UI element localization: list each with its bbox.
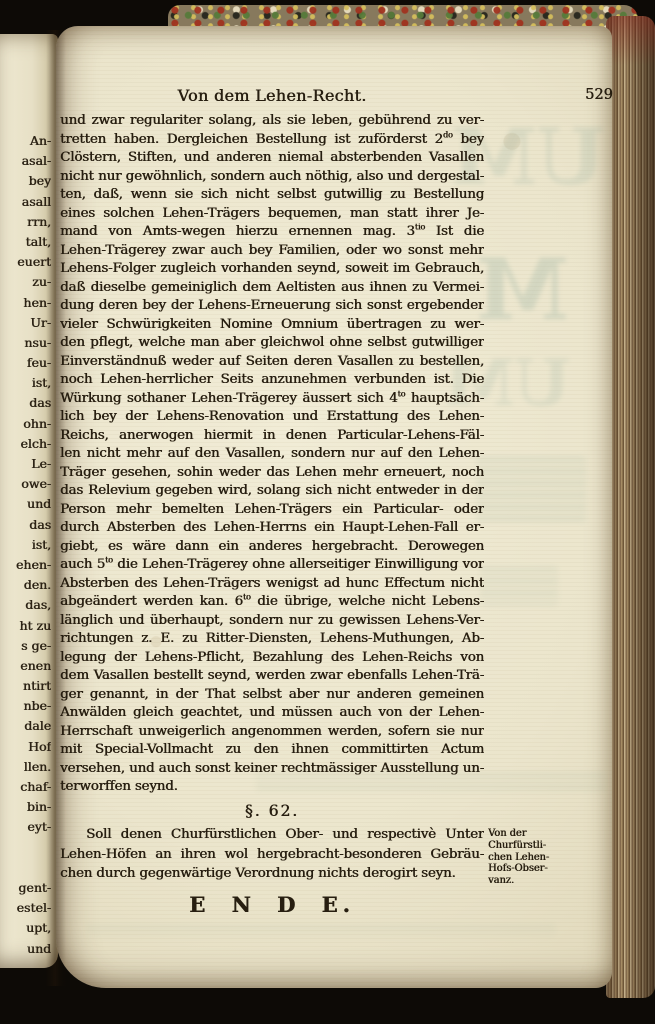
facing-page-fragment: ht zu — [0, 616, 51, 636]
body-text-line: len nicht mehr auf den Vasallen, sondern… — [60, 445, 484, 464]
body-text-line: abgeändert werden kan. 6to die übrige, w… — [60, 593, 484, 612]
facing-page-fragment: estel- — [0, 898, 51, 918]
margin-note-line: chen Lehen- — [488, 852, 566, 864]
ink-bleedthrough-letter: M — [476, 240, 569, 339]
section-text-line: chen durch gegenwärtige Verordnung nicht… — [60, 864, 484, 884]
facing-page-fragment: ntirt — [0, 676, 51, 696]
body-text-line: Würkung sothaner Lehen-Trägerey äussert … — [60, 390, 484, 409]
body-text-line: und zwar regulariter solang, als sie leb… — [60, 112, 484, 131]
facing-page-fragment: asal- — [0, 151, 51, 171]
facing-page-fragment: und — [0, 939, 51, 959]
facing-page-fragment: ohn- — [0, 414, 51, 434]
facing-page-sliver: An-asal-beyasallrrn,talt,euertzu-hen-Ur-… — [0, 34, 58, 968]
facing-page-fragment: zu- — [0, 272, 51, 292]
facing-page-fragment: Hof — [0, 737, 51, 757]
body-text-line: versehen, und auch sonst keiner rechtmäs… — [60, 760, 484, 779]
facing-page-fragment: gent- — [0, 878, 51, 898]
body-text-line: daß dieselbe gemeiniglich dem Aeltisten … — [60, 279, 484, 298]
body-text-line: richtungen z. E. zu Ritter-Diensten, Leh… — [60, 630, 484, 649]
body-text-line: Herrschaft unweigerlich angenommen werde… — [60, 723, 484, 742]
facing-page-fragment: feu- — [0, 353, 51, 373]
body-text-line: terworffen seynd. — [60, 778, 484, 797]
facing-page-fragment: owe- — [0, 474, 51, 494]
body-text-line: auch 5to die Lehen-Trägerey ohne allerse… — [60, 556, 484, 575]
body-text-line: Person mehr bemelten Lehen-Trägers ein P… — [60, 501, 484, 520]
facing-page-fragment: nbe- — [0, 696, 51, 716]
facing-page-fragment: upt, — [0, 918, 51, 938]
body-text-line: nicht nur gewöhnlich, sondern auch nöthi… — [60, 168, 484, 187]
body-text-line: mit Special-Vollmacht zu den ihnen commi… — [60, 741, 484, 760]
section-text-line: Soll denen Churfürstlichen Ober- und res… — [60, 825, 484, 845]
page-number: 529 — [585, 87, 613, 103]
facing-page-fragment: ist, — [0, 373, 51, 393]
facing-page-fragment: asall — [0, 192, 51, 212]
body-text-line: Anwälden gleich geachtet, und müssen auc… — [60, 704, 484, 723]
body-text-line: legung der Lehens-Pflicht, Bezahlung des… — [60, 649, 484, 668]
facing-page-fragment — [0, 838, 51, 858]
body-text-line: lich bey der Lehens-Renovation und Ersta… — [60, 408, 484, 427]
body-text-line: tretten haben. Dergleichen Bestellung is… — [60, 131, 484, 150]
body-text-line: ten, daß, wenn sie sich nicht selbst gut… — [60, 186, 484, 205]
section-62: Soll denen Churfürstlichen Ober- und res… — [60, 825, 612, 884]
body-text-line: noch Lehen-herrlicher Seits anzunehmen v… — [60, 371, 484, 390]
facing-page-fragment: eyt- — [0, 817, 51, 837]
facing-page-fragment: den. — [0, 575, 51, 595]
margin-note: Von derChurfürstli-chen Lehen-Hofs-Obser… — [488, 828, 566, 887]
body-text-line: länglich und überhaupt, sondern nur zu g… — [60, 612, 484, 631]
section-heading: §. 62. — [60, 802, 484, 820]
body-text-line: Lehen-Trägerey zwar auch bey Familien, o… — [60, 242, 484, 261]
facing-page-fragment: nsu- — [0, 333, 51, 353]
facing-page-fragment: bey — [0, 171, 51, 191]
facing-page-fragment: talt, — [0, 232, 51, 252]
body-text-line: giebt, es wäre dann ein anderes hergebra… — [60, 538, 484, 557]
body-text-line: durch Absterben des Lehen-Herrns ein Hau… — [60, 519, 484, 538]
running-header: Von dem Lehen-Recht. 529 — [60, 86, 612, 106]
facing-page-fragment: enen — [0, 656, 51, 676]
ink-bleedthrough-smear — [476, 456, 586, 522]
facing-page-fragment: s ge- — [0, 636, 51, 656]
running-header-title: Von dem Lehen-Recht. — [60, 86, 484, 105]
body-text-line: Träger gesehen, sohin weder das Lehen me… — [60, 464, 484, 483]
body-text-line: Reichs, anerwogen hiermit in denen Parti… — [60, 427, 484, 446]
margin-note-line: Hofs-Obser- — [488, 863, 566, 875]
facing-page-fragment: dale — [0, 716, 51, 736]
body-text-line: den pflegt, welche man aber gleichwol oh… — [60, 334, 484, 353]
finis-ende: E N D E. — [60, 892, 484, 917]
body-text-line: Clöstern, Stiften, und anderen niemal ab… — [60, 149, 484, 168]
body-text-line: Einverständnuß weder auf Seiten deren Va… — [60, 353, 484, 372]
facing-page-fragment: das — [0, 515, 51, 535]
body-text-line: Lehens-Folger zugleich vorhanden seynd, … — [60, 260, 484, 279]
facing-page-fragment: elch- — [0, 434, 51, 454]
body-text-line: mand von Amts-wegen hierzu ernennen mag.… — [60, 223, 484, 242]
ink-bleedthrough-smear — [86, 924, 556, 937]
margin-note-line: Churfürstli- — [488, 840, 566, 852]
margin-note-line: vanz. — [488, 875, 566, 887]
facing-page-fragment: Le- — [0, 454, 51, 474]
page-stack-fore-edge — [606, 16, 655, 998]
facing-page-fragment: ehen- — [0, 555, 51, 575]
facing-page-fragment: und — [0, 494, 51, 514]
facing-page-fragment: hen- — [0, 293, 51, 313]
body-text-line: eines solchen Lehen-Trägers bequemen, ma… — [60, 205, 484, 224]
section-text-line: Lehen-Höfen an ihren wol hergebracht-bes… — [60, 845, 484, 865]
facing-page-fragment: das, — [0, 595, 51, 615]
body-text: und zwar regulariter solang, als sie leb… — [60, 112, 484, 797]
ink-bleedthrough-smear — [480, 566, 558, 606]
facing-page-fragment: chaf- — [0, 777, 51, 797]
facing-page-fragment: das — [0, 393, 51, 413]
margin-note-line: Von der — [488, 828, 566, 840]
facing-page-fragment: llen. — [0, 757, 51, 777]
body-text-line: das Relevium gegeben wird, solang sich n… — [60, 482, 484, 501]
section-62-text: Soll denen Churfürstlichen Ober- und res… — [60, 825, 484, 884]
body-text-line: ger genannt, in der That selbst aber nur… — [60, 686, 484, 705]
body-text-line: dung deren bey der Lehens-Erneuerung sic… — [60, 297, 484, 316]
body-text-line: vieler Schwürigkeiten Nomine Omnium über… — [60, 316, 484, 335]
facing-page-fragment: Ur- — [0, 313, 51, 333]
facing-page-text-fragments: An-asal-beyasallrrn,talt,euertzu-hen-Ur-… — [0, 34, 58, 959]
body-text-line: Absterben des Lehen-Trägers wenigst ad h… — [60, 575, 484, 594]
book-photograph: An-asal-beyasallrrn,talt,euertzu-hen-Ur-… — [0, 0, 655, 1024]
facing-page-fragment: euert — [0, 252, 51, 272]
facing-page-fragment: An- — [0, 131, 51, 151]
body-text-line: dem Vasallen bestellt seynd, werden zwar… — [60, 667, 484, 686]
book-page: UM M UM Von dem Lehen-Recht. 529 und zwa… — [56, 26, 612, 988]
facing-page-fragment: ist, — [0, 535, 51, 555]
facing-page-fragment: rrn, — [0, 212, 51, 232]
facing-page-fragment — [0, 858, 51, 878]
facing-page-fragment: bin- — [0, 797, 51, 817]
